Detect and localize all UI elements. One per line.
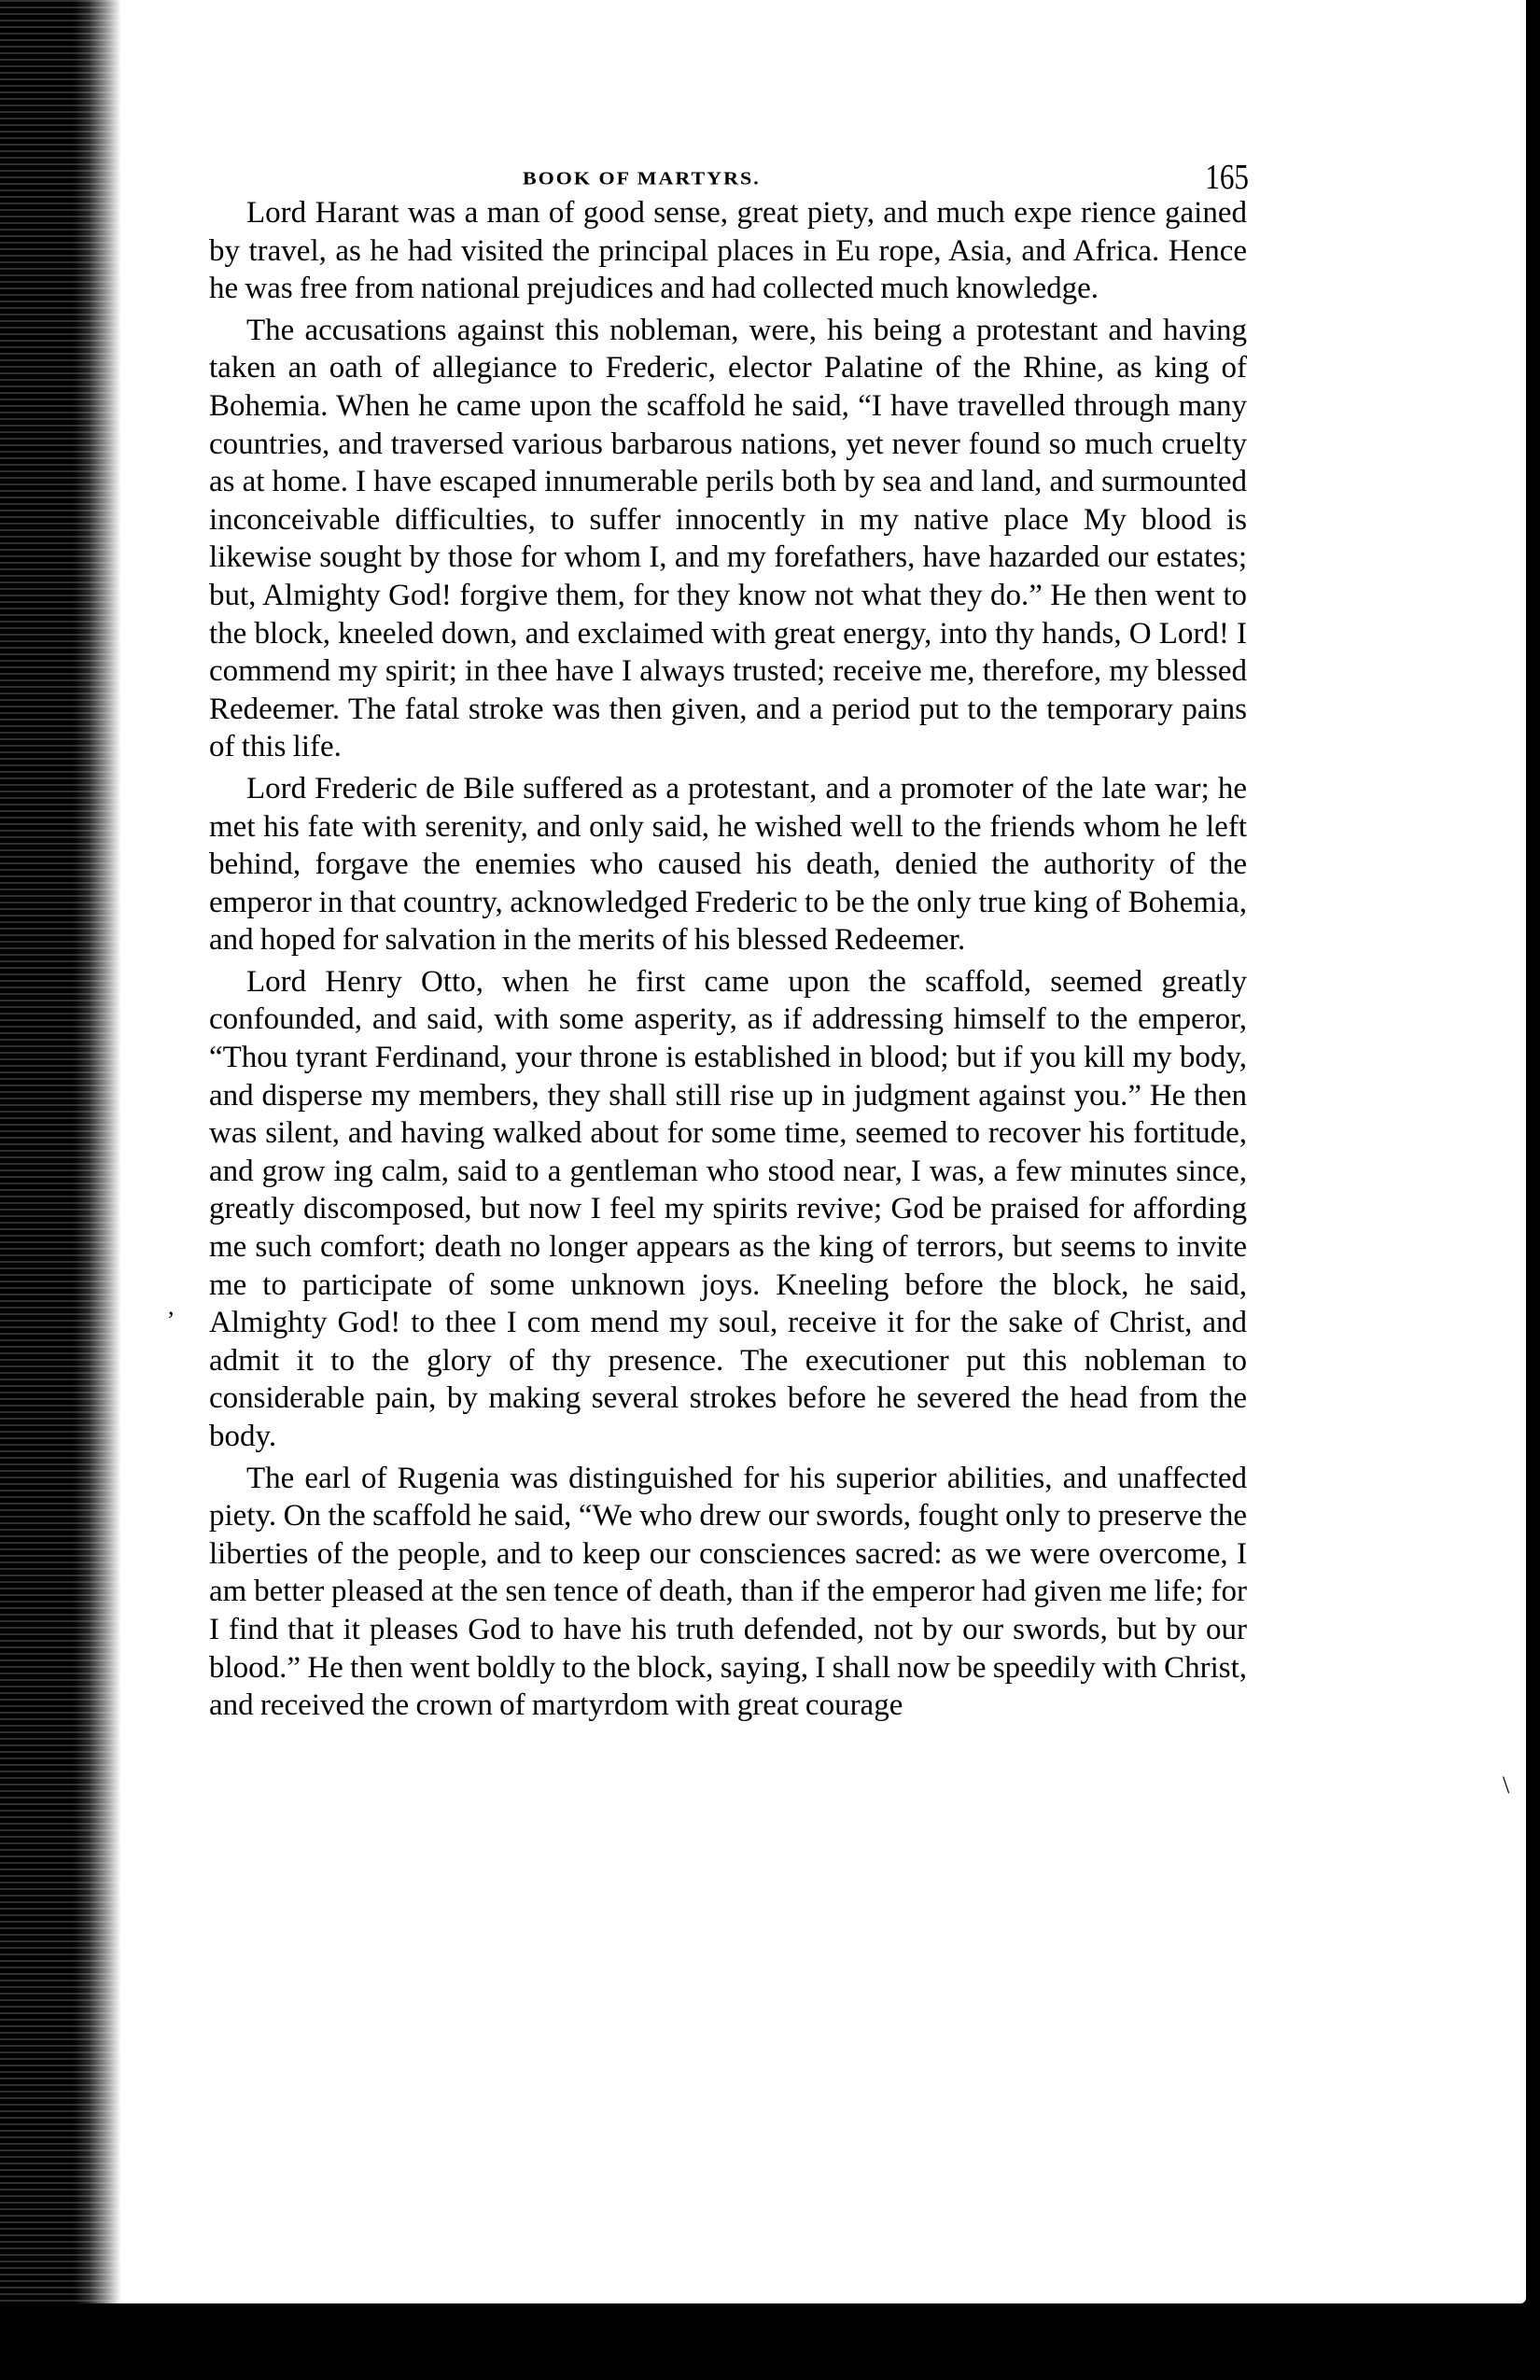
paragraph-henry-otto: Lord Henry Otto, when he first came upon… <box>209 963 1247 1456</box>
right-page-edge <box>1527 0 1540 2380</box>
scanned-page: Book of Martyrs. 165 Lord Harant was a m… <box>0 0 1540 2380</box>
body-text: Lord Harant was a man of good sense, gre… <box>209 194 1247 1725</box>
page-number: 165 <box>1205 157 1249 198</box>
running-title: Book of Martyrs. <box>523 167 761 189</box>
binding-shadow <box>0 0 121 2380</box>
paragraph-earl-of-rugenia: The earl of Rugenia was distinguished fo… <box>209 1460 1247 1725</box>
paragraph-accusations: The accusations against this nobleman, w… <box>209 312 1247 766</box>
paragraph-lord-harant: Lord Harant was a man of good sense, gre… <box>209 194 1247 308</box>
running-head: Book of Martyrs. 165 <box>187 161 1251 198</box>
margin-mark-right: \ <box>1503 1771 1509 1799</box>
margin-mark-left: , <box>168 1293 175 1321</box>
bottom-page-edge <box>0 2303 1540 2380</box>
paragraph-frederic-de-bile: Lord Frederic de Bile suffered as a prot… <box>209 770 1247 959</box>
